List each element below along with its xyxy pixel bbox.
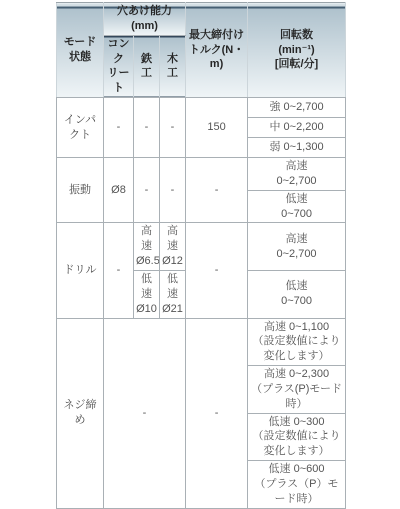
cell-impact-wood: - — [160, 98, 186, 158]
cell-drill-rotation-low: 低速 0~700 — [248, 270, 346, 318]
spec-table-container: モード状態 穴あけ能力(mm) 最大締付け トルク(N・m) 回転数 (min⁻… — [56, 2, 346, 509]
cell-drill-steel-high: 高速 Ø6.5 — [134, 223, 160, 271]
cell-drill-torque: - — [186, 223, 248, 318]
cell-impact-torque: 150 — [186, 98, 248, 158]
cell-drill-rotation-high: 高速 0~2,700 — [248, 223, 346, 271]
header-wood: 木工 — [160, 35, 186, 97]
cell-screw-rotation-low-var: 低速 0~300 （設定数値により 変化します） — [248, 413, 346, 461]
cell-screw-torque: - — [186, 318, 248, 508]
spec-table: モード状態 穴あけ能力(mm) 最大締付け トルク(N・m) 回転数 (min⁻… — [56, 2, 346, 509]
row-drill-label: ドリル — [57, 223, 104, 318]
cell-vibration-torque: - — [186, 158, 248, 223]
cell-drill-wood-low: 低速 Ø21 — [160, 270, 186, 318]
cell-screw-rotation-high-plus: 高速 0~2,300 （プラス(P)モード時） — [248, 366, 346, 414]
header-steel: 鉄工 — [134, 35, 160, 97]
cell-screw-rotation-low-plus: 低速 0~600 （プラス（P）モード時） — [248, 461, 346, 509]
header-concrete: コンク リート — [104, 35, 134, 97]
cell-impact-rotation-weak: 弱 0~1,300 — [248, 138, 346, 158]
cell-screw-rotation-high-var: 高速 0~1,100 （設定数値により 変化します） — [248, 318, 346, 366]
cell-vibration-concrete: Ø8 — [104, 158, 134, 223]
header-rotation-speed: 回転数 (min⁻¹) [回転/分] — [248, 3, 346, 98]
row-vibration-label: 振動 — [57, 158, 104, 223]
cell-impact-rotation-medium: 中 0~2,200 — [248, 118, 346, 138]
header-max-torque: 最大締付け トルク(N・m) — [186, 3, 248, 98]
cell-drill-concrete: - — [104, 223, 134, 318]
cell-vibration-rotation-high: 高速 0~2,700 — [248, 158, 346, 191]
cell-vibration-wood: - — [160, 158, 186, 223]
cell-vibration-rotation-low: 低速 0~700 — [248, 190, 346, 223]
cell-drill-steel-low: 低速 Ø10 — [134, 270, 160, 318]
cell-impact-concrete: - — [104, 98, 134, 158]
cell-impact-rotation-strong: 強 0~2,700 — [248, 98, 346, 118]
cell-impact-steel: - — [134, 98, 160, 158]
header-mode: モード状態 — [57, 3, 104, 98]
header-drilling-capacity: 穴あけ能力(mm) — [104, 3, 186, 36]
cell-screw-drilling: - — [104, 318, 186, 508]
cell-drill-wood-high: 高速 Ø12 — [160, 223, 186, 271]
row-screw-label: ネジ締め — [57, 318, 104, 508]
row-impact-label: インパクト — [57, 98, 104, 158]
cell-vibration-steel: - — [134, 158, 160, 223]
